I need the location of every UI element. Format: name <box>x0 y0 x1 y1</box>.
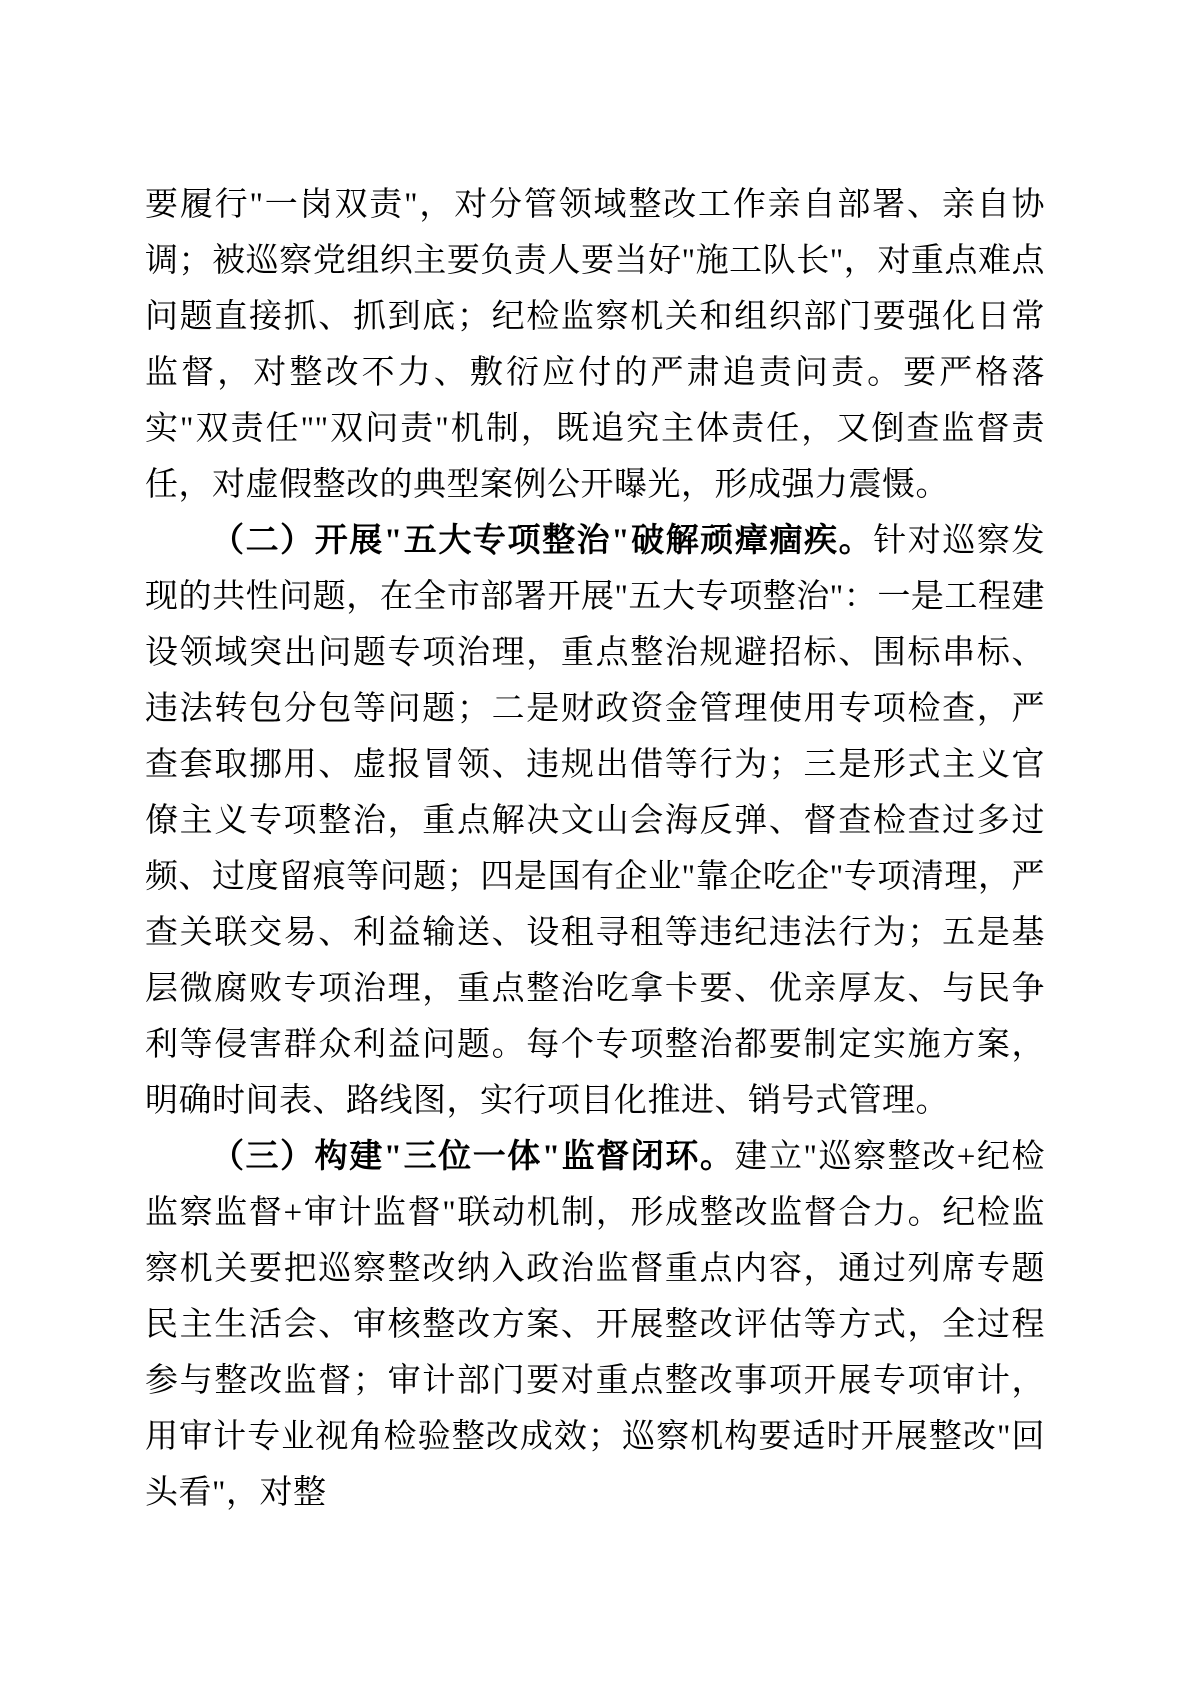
section-heading-3: （三）构建"三位一体"监督闭环。 <box>211 1139 734 1175</box>
paragraph-section-3: （三）构建"三位一体"监督闭环。建立"巡察整改+纪检监察监督+审计监督"联动机制… <box>145 1129 1045 1521</box>
paragraph-text: 针对巡察发现的共性问题，在全市部署开展"五大专项整治"：一是工程建设领域突出问题… <box>145 523 1045 1119</box>
paragraph-section-2: （二）开展"五大专项整治"破解顽瘴痼疾。针对巡察发现的共性问题，在全市部署开展"… <box>145 513 1045 1129</box>
paragraph-text: 建立"巡察整改+纪检监察监督+审计监督"联动机制，形成整改监督合力。纪检监察机关… <box>145 1139 1045 1511</box>
document-body: 要履行"一岗双责"，对分管领域整改工作亲自部署、亲自协调；被巡察党组织主要负责人… <box>145 177 1045 1521</box>
paragraph-continuation: 要履行"一岗双责"，对分管领域整改工作亲自部署、亲自协调；被巡察党组织主要负责人… <box>145 177 1045 513</box>
paragraph-text: 要履行"一岗双责"，对分管领域整改工作亲自部署、亲自协调；被巡察党组织主要负责人… <box>145 187 1045 503</box>
document-page: 要履行"一岗双责"，对分管领域整改工作亲自部署、亲自协调；被巡察党组织主要负责人… <box>0 0 1190 1683</box>
section-heading-2: （二）开展"五大专项整治"破解顽瘴痼疾。 <box>211 523 873 559</box>
